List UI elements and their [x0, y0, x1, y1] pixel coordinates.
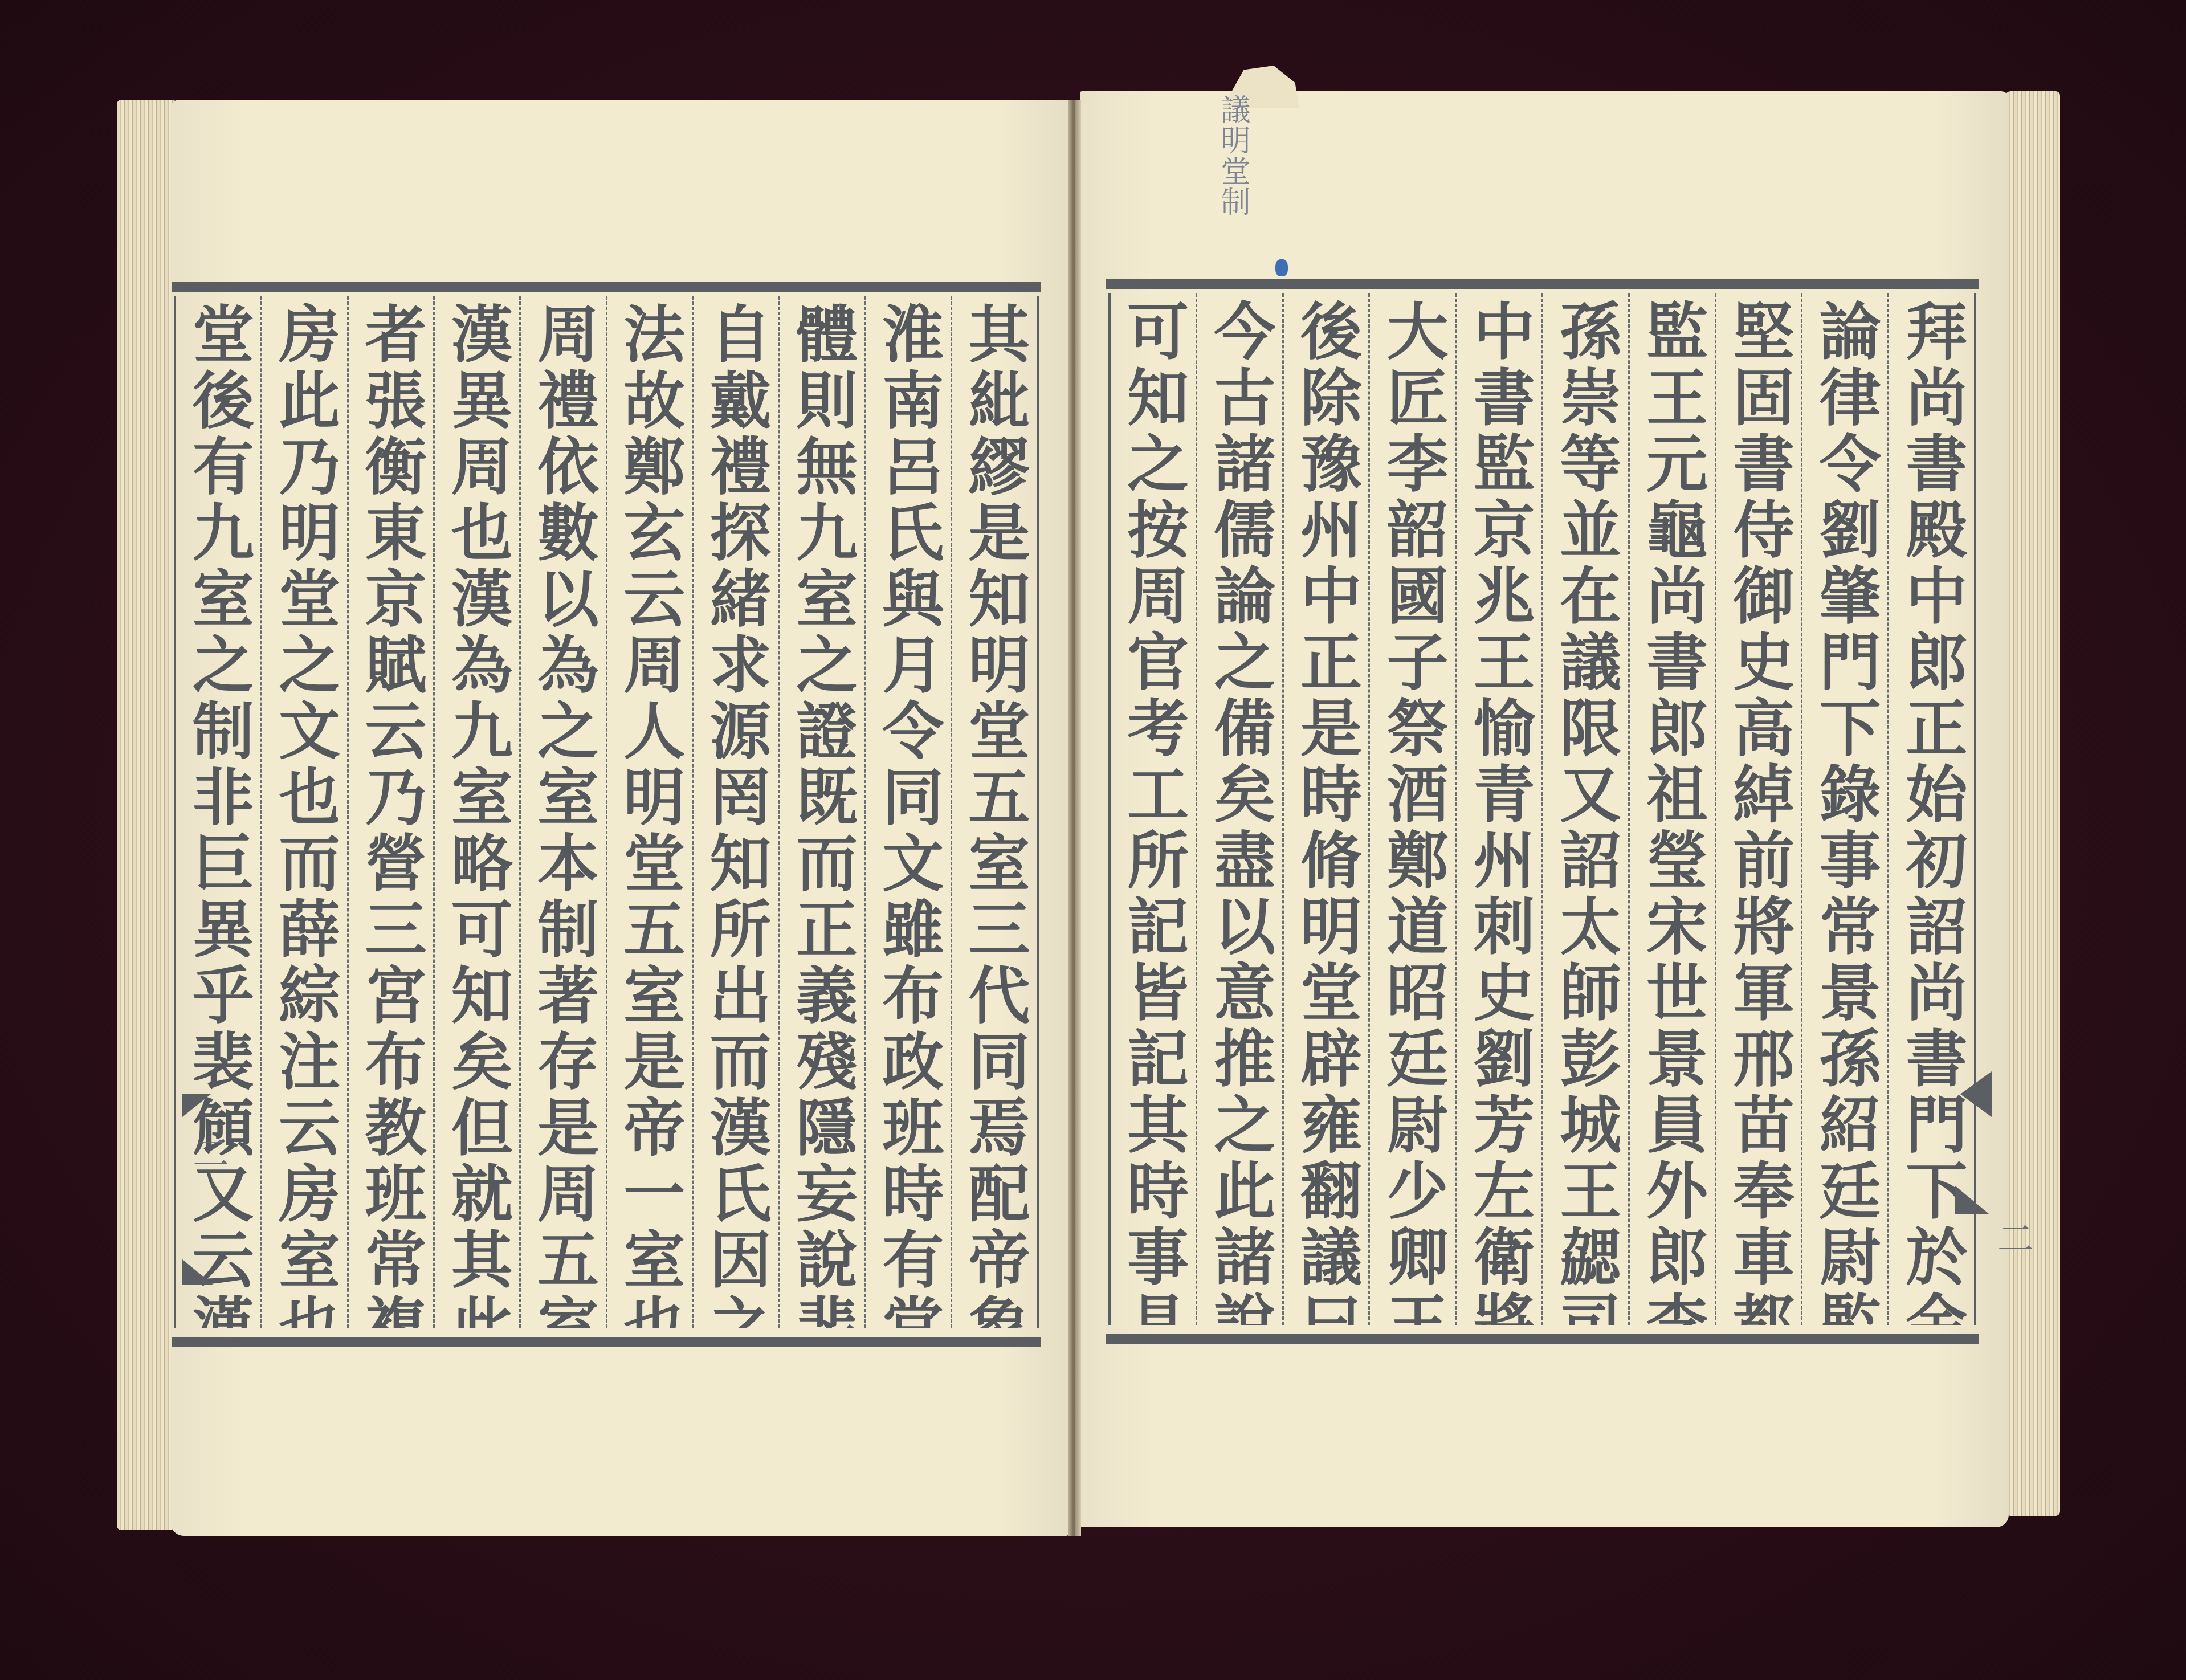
- frame-bottom-rule: [1106, 1334, 1979, 1344]
- fish-tail-mark-icon: [1955, 1185, 1989, 1214]
- fish-tail-mark-icon: [1960, 1071, 1992, 1117]
- frame-top-rule: [1106, 279, 1979, 289]
- folio-number-right: 二: [1986, 1220, 2038, 1256]
- frame-bottom-rule: [172, 1337, 1041, 1347]
- ink-blot: [1275, 259, 1288, 276]
- text-column: 堅固書侍御史高綽前將軍邢苗奉車都尉程靈虬羽林: [1715, 293, 1801, 1325]
- right-page-edges: [2006, 91, 2060, 1516]
- marginal-pencil-note: 議明堂制: [1217, 94, 1249, 217]
- text-column: 其紕繆是知明堂五室三代同焉配帝象行義則明矣: [951, 296, 1037, 1328]
- text-column: 今古諸儒論之備矣盡以意推之此諸說之夏殷以降校: [1196, 293, 1282, 1325]
- text-column: 漢異周也漢為九室略可知矣但就其此制猶有懵焉何: [433, 296, 519, 1328]
- book-gutter: [1068, 100, 1081, 1536]
- text-column: 者張衡東京賦云乃營三宮布教班常複廟重屋八達九: [347, 296, 433, 1328]
- right-page-frame: 拜尚書殿中郎正始初詔尚書門下於金墉中書外省考 論律令劉肇門下錄事常景孫紹廷尉監張…: [1108, 293, 1976, 1325]
- frame-top-rule: [172, 282, 1041, 292]
- text-column: 堂後有九室之制非巨異乎裴頠又云漢氏作四維之个: [176, 296, 260, 1328]
- fish-tail-mark-icon: [182, 1094, 211, 1117]
- text-column: 後除豫州中正是時脩明堂辟雍翻議曰謹按明堂之義: [1282, 293, 1369, 1325]
- left-page-frame: 其紕繆是知明堂五室三代同焉配帝象行義則明矣 淮南呂氏與月令同文雖布政班時有堂个之…: [174, 296, 1039, 1328]
- fish-tail-mark-icon: [182, 1259, 214, 1285]
- text-column: 淮南呂氏與月令同文雖布政班時有堂个之別然推其: [864, 296, 950, 1328]
- open-book: 議明堂制 其紕繆是知明堂五室三代同焉配帝象行義則明矣 淮南呂氏與月令同文雖布政班…: [0, 0, 2186, 1680]
- text-column: 房此乃明堂之文也而薛綜注云房室也謂堂後有九室: [260, 296, 346, 1328]
- text-column: 體則無九室之證既而正義殘隱妄說斐然明堂九室著: [778, 296, 864, 1328]
- text-column: 可知之按周官考工所記皆記其時事具論夏殷名制豈: [1111, 293, 1196, 1325]
- text-column: 中書監京兆王愉青州刺史劉芳左衛將軍元麗兼將作: [1455, 293, 1541, 1325]
- left-page-columns: 其紕繆是知明堂五室三代同焉配帝象行義則明矣 淮南呂氏與月令同文雖布政班時有堂个之…: [176, 296, 1037, 1328]
- text-column: 法故鄭玄云周人明堂五室是帝一室也合於五行之數: [606, 296, 692, 1328]
- folio-number-left: 二: [181, 1134, 234, 1171]
- text-column: 孫崇等並在議限又詔太師彭城王勰司州牧高陽王雍: [1541, 293, 1628, 1325]
- right-page-columns: 拜尚書殿中郎正始初詔尚書門下於金墉中書外省考 論律令劉肇門下錄事常景孫紹廷尉監張…: [1111, 293, 1974, 1325]
- text-column: 周禮依數以為之室本制著存是周五室也於今不同是: [519, 296, 605, 1328]
- text-column: 論律令劉肇門下錄事常景孫紹廷尉監張虎律博士侯: [1801, 293, 1887, 1325]
- text-column: 監王元龜尚書郎祖瑩宋世景員外郎李琰之太樂令公: [1628, 293, 1715, 1325]
- text-column: 大匠李韶國子祭酒鄭道昭廷尉少卿王顯等入預其事: [1368, 293, 1455, 1325]
- text-column: 自戴禮探緒求源罔知所出而漢氏因之自欲為一代之: [692, 296, 778, 1328]
- text-column: 拜尚書殿中郎正始初詔尚書門下於金墉中書外省考: [1887, 293, 1974, 1325]
- left-page-edges: [117, 100, 177, 1530]
